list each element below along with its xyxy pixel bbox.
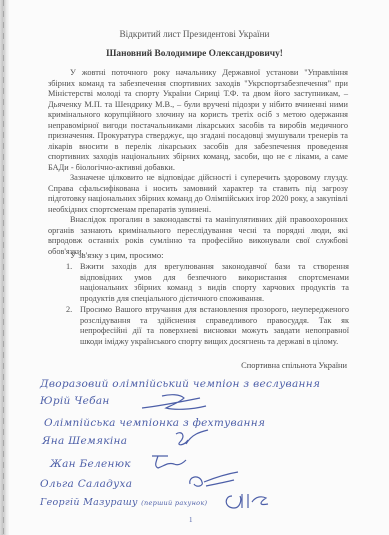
salutation: Шановний Володимире Олександровичу! — [0, 49, 389, 59]
handwritten-name-1: Юрій Чебан — [40, 395, 110, 407]
request-item: 2. Просимо Вашого втручання для встановл… — [62, 305, 349, 347]
letter-body: У жовтні поточного року начальнику Держа… — [48, 68, 348, 257]
handwritten-name-4: Ольга Саладуха — [40, 478, 132, 490]
handwritten-name-5: Георгій Мазурашу (перший рахунок) — [40, 497, 207, 508]
signature-mark — [222, 490, 272, 512]
signoff: Спортивна спільнота України — [241, 361, 347, 370]
request-number: 1. — [66, 262, 72, 273]
request-item: 1. Вжити заходів для врегулювання законо… — [62, 262, 349, 304]
handwritten-name-5-text: Георгій Мазурашу — [40, 497, 138, 508]
letter-title: Відкритий лист Президентові України — [0, 29, 389, 39]
requests-list: 1. Вжити заходів для врегулювання законо… — [62, 262, 349, 348]
paragraph-1: У жовтні поточного року начальнику Держа… — [48, 68, 348, 173]
handwritten-note: (перший рахунок) — [141, 499, 207, 507]
signature-mark — [148, 452, 188, 472]
page-number: 1 — [189, 516, 193, 524]
request-number: 2. — [66, 305, 72, 316]
request-text: Просимо Вашого втручання для встановленн… — [80, 305, 349, 346]
handwritten-title-2: Олімпійська чемпіонка з фехтування — [44, 417, 265, 429]
signature-mark — [140, 392, 210, 414]
handwritten-name-3: Жан Беленюк — [50, 458, 131, 470]
request-text: Вжити заходів для врегулювання законодав… — [80, 262, 349, 303]
handwritten-name-2: Яна Шемякіна — [42, 435, 127, 447]
signature-mark — [172, 428, 212, 450]
letter-page: Відкритий лист Президентові України Шано… — [0, 0, 389, 535]
paragraph-2: Зазначене цілковито не відповідає дійсно… — [48, 173, 348, 215]
handwritten-title-1: Дворазовий олімпійський чемпіон з веслув… — [40, 378, 320, 390]
requests-intro: У зв'язку з цим, просимо: — [70, 250, 164, 260]
